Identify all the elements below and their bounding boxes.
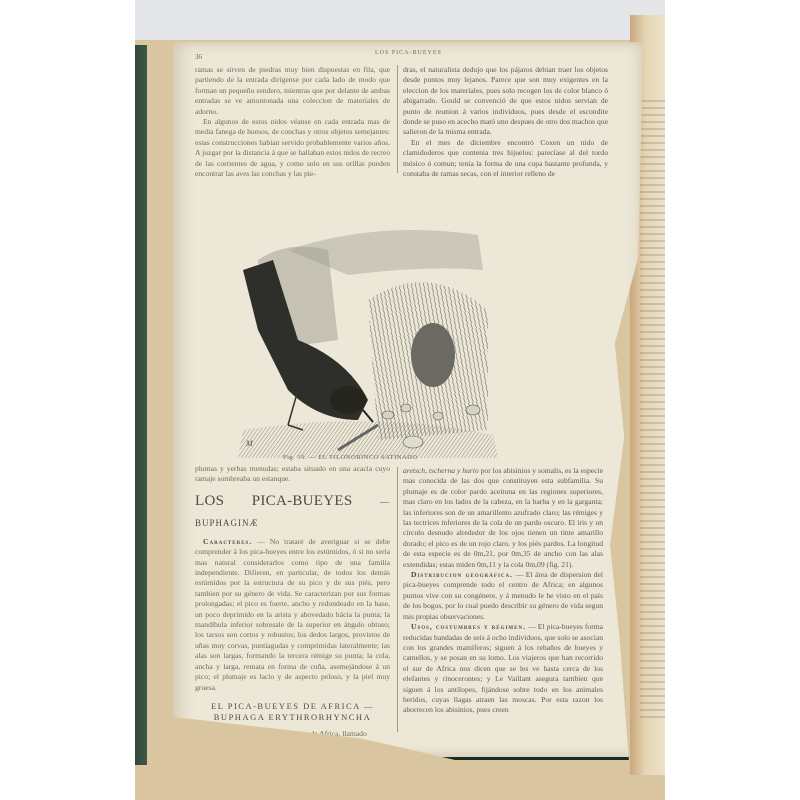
caracteres-text: — No trataré de averiguar si se debe com… — [195, 537, 390, 692]
usos-label: Usos, costumbres y régimen. — [411, 622, 526, 631]
paragraph: En el mes de diciembre encontró Coxen un… — [403, 138, 608, 180]
paragraph: En algunos de estos nidos véanse en cada… — [195, 117, 390, 179]
book-cover-green-edge — [135, 45, 147, 765]
section-title-text: LOS PICA-BUEYES — [195, 493, 353, 509]
running-head: LOS PICA-BUEYES — [375, 50, 442, 56]
caracteres-label: Caracteres. — [203, 537, 252, 546]
paragraph: dras, el naturalista dedujo que los pája… — [403, 65, 608, 138]
paragraph: por los abisinios y somalis, es la espec… — [403, 466, 603, 569]
usos-text: — El pica-bueyes forma reducidas bandada… — [403, 622, 603, 714]
section-title: LOS PICA-BUEYES — BUPHAGINÆ — [195, 491, 390, 533]
subsection-title: EL PICA-BUEYES DE AFRICA — BUPHAGA ERYTH… — [195, 701, 390, 723]
column-divider — [397, 65, 398, 173]
distribucion-label: Distribucion geográfica. — [411, 570, 513, 579]
bird-engraving-illustration: M — [228, 220, 528, 458]
engraver-signature: M — [245, 439, 254, 448]
column-divider — [397, 467, 398, 732]
page-number: 36 — [195, 53, 202, 61]
book-photograph: 36 LOS PICA-BUEYES ramas se sirven de pi… — [135, 0, 665, 800]
figure-caption: Fig. 19. — EL TILONORINCO SATINADO — [283, 454, 418, 461]
top-right-column: dras, el naturalista dedujo que los pája… — [403, 65, 608, 179]
paragraph: ramas se sirven de piedras muy bien disp… — [195, 65, 390, 117]
bottom-right-column: aretsch, tscherna y hurio por los abisin… — [403, 466, 603, 716]
top-left-column: ramas se sirven de piedras muy bien disp… — [195, 65, 390, 179]
book-page: 36 LOS PICA-BUEYES ramas se sirven de pi… — [173, 42, 643, 760]
bottom-left-column: plumas y yerbas menudas; estaba situado … — [195, 464, 390, 739]
local-names: aretsch, tscherna y hurio — [403, 466, 479, 475]
facing-page-text — [640, 100, 665, 720]
paragraph: plumas y yerbas menudas; estaba situado … — [195, 464, 390, 485]
